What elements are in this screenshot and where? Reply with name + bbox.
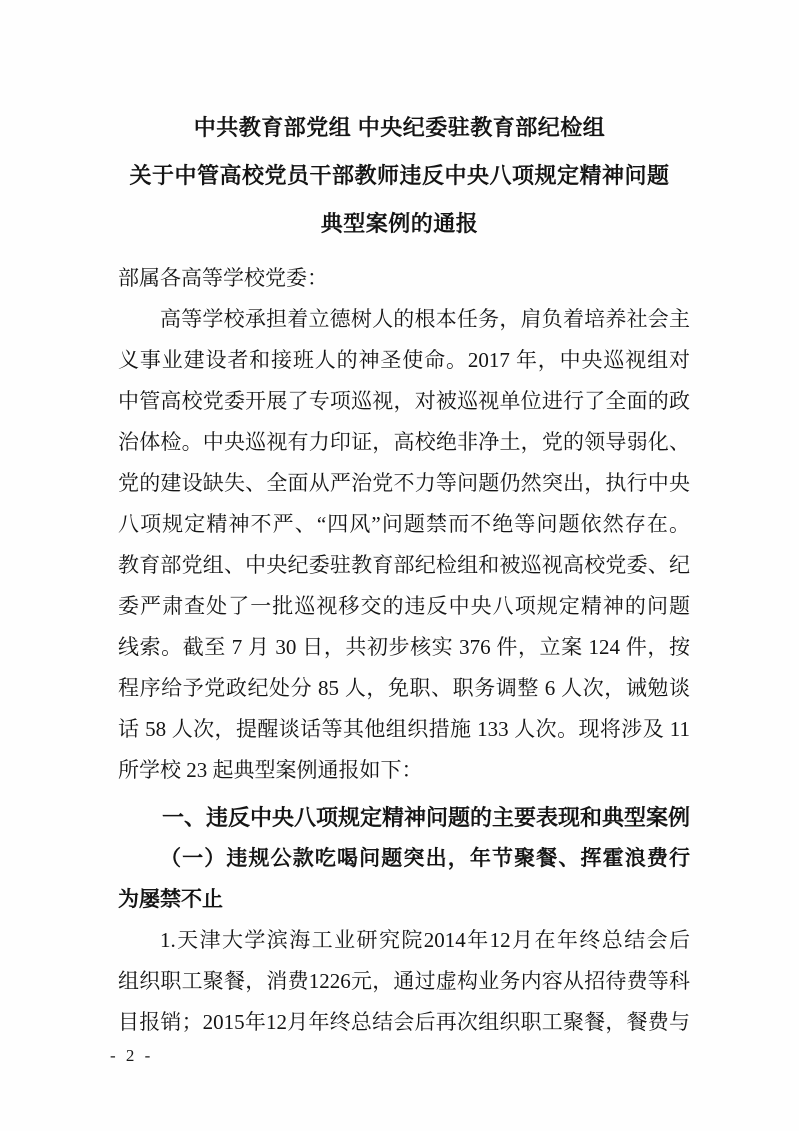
body-line: 教育部党组、中央纪委驻教育部纪检组和被巡视高校党委、纪 xyxy=(118,545,690,586)
page-number: - 2 - xyxy=(110,1046,153,1066)
case-line: 目报销；2015年12月年终总结会后再次组织职工聚餐，餐费与 xyxy=(118,1002,690,1043)
subsection-heading: 为屡禁不止 xyxy=(118,879,690,920)
body-line: 所学校 23 起典型案例通报如下： xyxy=(118,750,690,791)
case-line: 1.天津大学滨海工业研究院2014年12月在年终总结会后 xyxy=(118,920,690,961)
section-heading: 一、违反中央八项规定精神问题的主要表现和典型案例 xyxy=(118,797,690,838)
title-line-issuer: 中共教育部党组 中央纪委驻教育部纪检组 xyxy=(0,104,799,152)
body-line: 话 58 人次，提醒谈话等其他组织措施 133 人次。现将涉及 11 xyxy=(118,709,690,750)
title-line-subject: 关于中管高校党员干部教师违反中央八项规定精神问题 xyxy=(0,152,799,200)
body-line: 委严肃查处了一批巡视移交的违反中央八项规定精神的问题 xyxy=(118,586,690,627)
body-line: 中管高校党委开展了专项巡视，对被巡视单位进行了全面的政 xyxy=(118,381,690,422)
document-title: 中共教育部党组 中央纪委驻教育部纪检组 关于中管高校党员干部教师违反中央八项规定… xyxy=(0,104,799,248)
body-line: 高等学校承担着立德树人的根本任务，肩负着培养社会主 xyxy=(118,299,690,340)
body-line: 八项规定精神不严、“四风”问题禁而不绝等问题依然存在。 xyxy=(118,504,690,545)
body-line: 治体检。中央巡视有力印证，高校绝非净土，党的领导弱化、 xyxy=(118,422,690,463)
body-line: 程序给予党政纪处分 85 人，免职、职务调整 6 人次，诫勉谈 xyxy=(118,668,690,709)
document-page: 中共教育部党组 中央纪委驻教育部纪检组 关于中管高校党员干部教师违反中央八项规定… xyxy=(0,0,799,1131)
title-line-doctype: 典型案例的通报 xyxy=(0,200,799,248)
salutation-line: 部属各高等学校党委： xyxy=(118,258,690,299)
body-line: 义事业建设者和接班人的神圣使命。2017 年，中央巡视组对 xyxy=(118,340,690,381)
document-body: 部属各高等学校党委：高等学校承担着立德树人的根本任务，肩负着培养社会主义事业建设… xyxy=(118,258,690,1043)
subsection-heading: （一）违规公款吃喝问题突出，年节聚餐、挥霍浪费行 xyxy=(118,838,690,879)
body-line: 线索。截至 7 月 30 日，共初步核实 376 件，立案 124 件，按 xyxy=(118,627,690,668)
case-line: 组织职工聚餐，消费1226元，通过虚构业务内容从招待费等科 xyxy=(118,961,690,1002)
body-line: 党的建设缺失、全面从严治党不力等问题仍然突出，执行中央 xyxy=(118,463,690,504)
